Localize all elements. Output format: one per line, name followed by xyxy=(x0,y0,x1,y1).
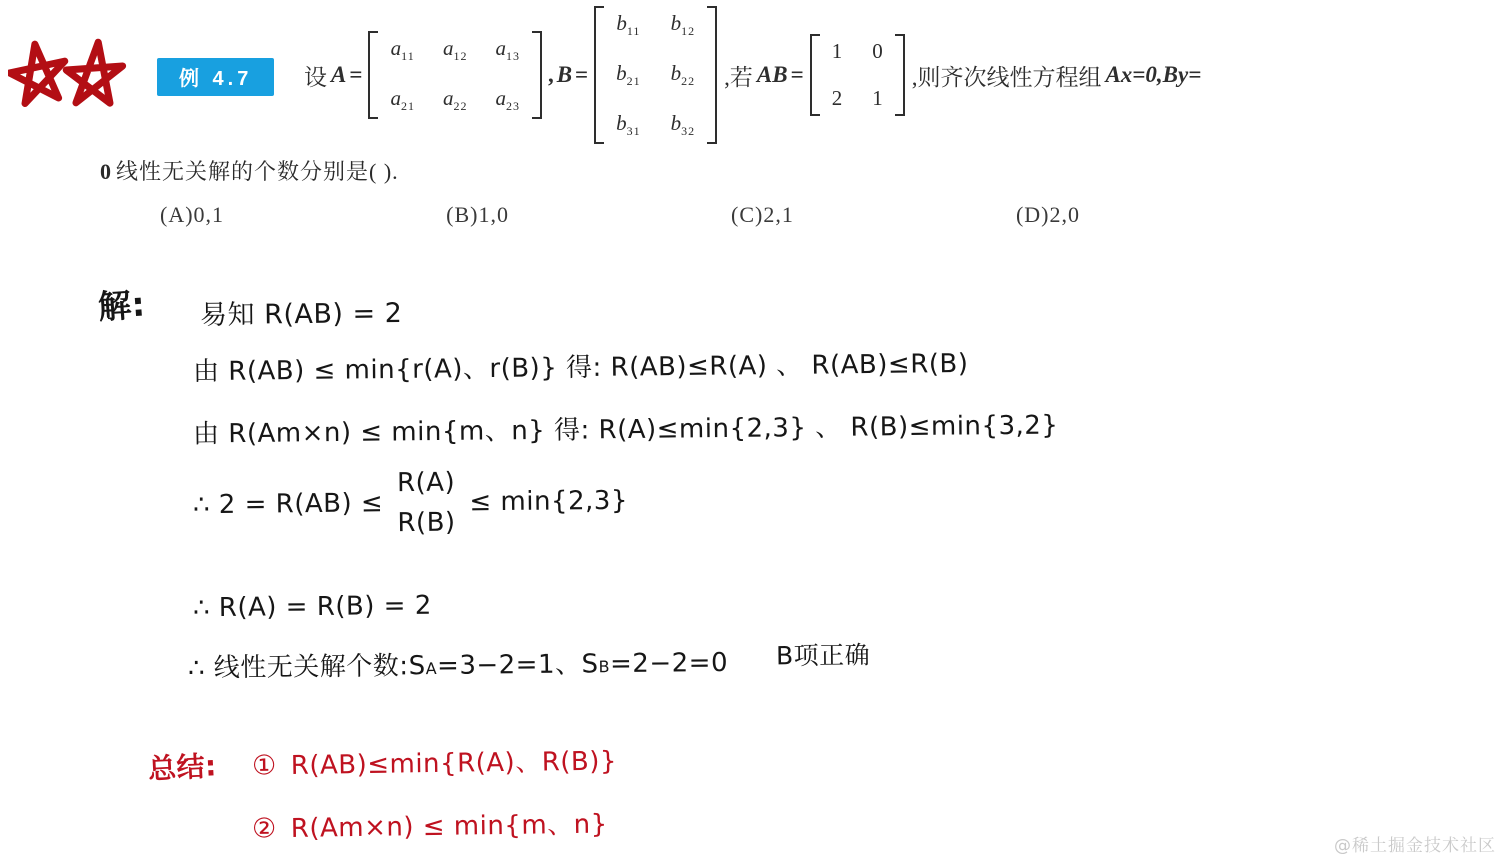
bracket-left-icon xyxy=(810,34,820,116)
circled-two-icon: ② xyxy=(252,813,277,844)
summary-item-1: ① R(AB)≤min{R(A)、R(B)} xyxy=(252,740,617,782)
red-star-marks-icon xyxy=(8,38,128,110)
equation-ax-by: Ax=0,By= xyxy=(1105,62,1201,88)
option-a: (A)0,1 xyxy=(160,202,224,228)
matrix-a: a11 a12 a13 a21 a22 a23 xyxy=(368,31,542,119)
solution-line-5: ∴ R(A) = R(B) = 2 xyxy=(193,591,432,623)
problem-text: 设 xyxy=(304,59,327,92)
bracket-right-icon xyxy=(895,34,905,116)
solution-line-6: ∴ 线性无关解个数: SA =3−2=1 、 SB =2−2=0 B项正确 xyxy=(188,640,871,684)
option-c: (C)2,1 xyxy=(731,202,794,228)
options-row: (A)0,1 (B)1,0 (C)2,1 (D)2,0 xyxy=(160,202,1080,228)
watermark: @稀土掘金技术社区 xyxy=(1334,831,1496,856)
option-b: (B)1,0 xyxy=(446,202,509,228)
bracket-right-icon xyxy=(532,31,542,119)
matrix-b: b11 b12 b21 b22 b31 b32 xyxy=(594,6,717,145)
example-badge: 例 4.7 xyxy=(157,58,274,96)
circled-one-icon: ① xyxy=(252,750,277,781)
equals-sign: = xyxy=(349,62,362,88)
bracket-left-icon xyxy=(368,31,378,119)
problem-statement-line2: 0线性无关解的个数分别是( ). xyxy=(100,155,399,186)
solution-label: 解: xyxy=(96,278,146,328)
bracket-right-icon xyxy=(707,6,717,145)
answer-note: B项正确 xyxy=(776,635,871,672)
summary-label: 总结: xyxy=(147,744,218,788)
solution-line-1: 易知 R(AB) = 2 xyxy=(200,291,403,332)
var-ab: AB xyxy=(757,62,788,88)
problem-statement: 设 A = a11 a12 a13 a21 a22 a23 , B = b11 … xyxy=(302,2,1203,148)
matrix-ab: 1 0 2 1 xyxy=(810,34,905,116)
solution-line-4: ∴ 2 = R(AB) ≤ R(A) R(B) ≤ min{2,3} xyxy=(193,466,629,541)
summary-item-2: ② R(Am×n) ≤ min{m、n} xyxy=(252,804,608,846)
bracket-left-icon xyxy=(594,6,604,145)
var-a: A xyxy=(331,62,346,88)
solution-line-2: 由 R(AB) ≤ min{r(A)、r(B)} 得: R(AB)≤R(A) 、… xyxy=(193,343,969,388)
solution-line-3: 由 R(Am×n) ≤ min{m、n} 得: R(A)≤min{2,3} 、 … xyxy=(193,404,1059,450)
option-d: (D)2,0 xyxy=(1016,202,1080,228)
var-b: B xyxy=(557,62,572,88)
scanned-page: 例 4.7 设 A = a11 a12 a13 a21 a22 a23 , B … xyxy=(0,0,1512,868)
stacked-ranks: R(A) R(B) xyxy=(397,468,456,539)
